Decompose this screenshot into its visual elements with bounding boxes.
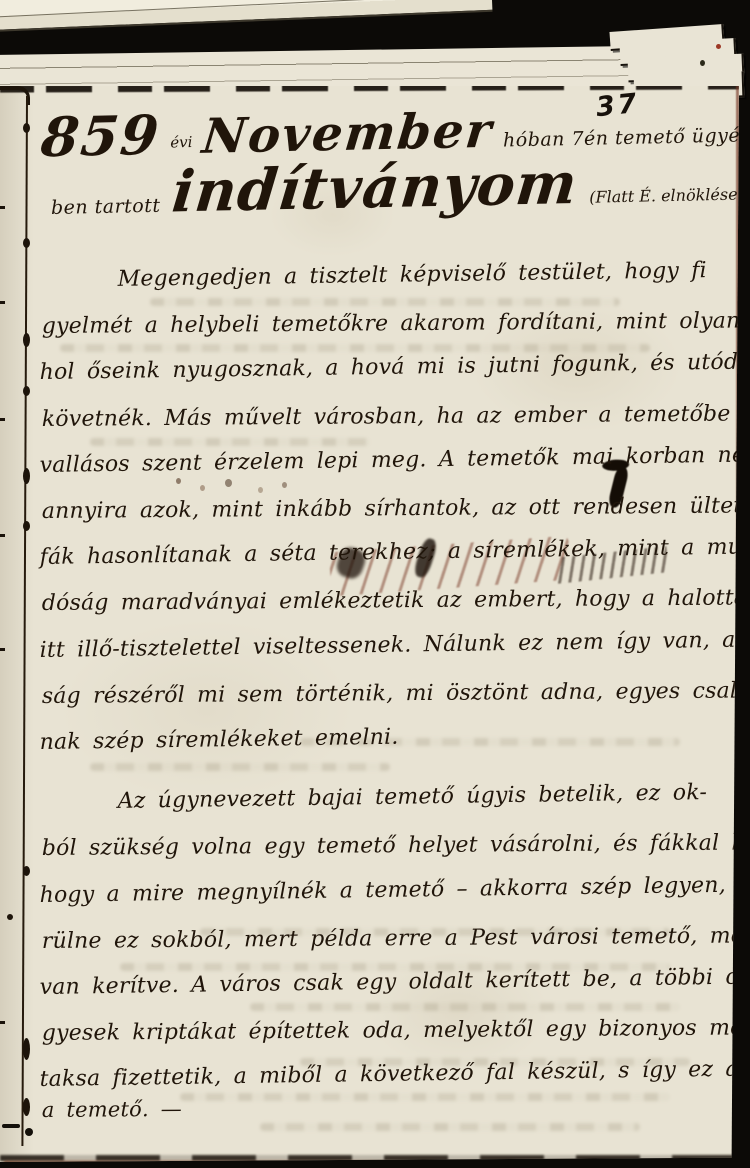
bottom-left-dash xyxy=(2,1124,20,1128)
ink-blob xyxy=(23,1038,30,1060)
manuscript-line: a temető. — xyxy=(42,1081,729,1133)
previous-page-edge xyxy=(0,0,492,32)
edge-mark xyxy=(0,206,5,209)
paragraph: Az úgynevezett bajai temető úgyis beteli… xyxy=(40,780,727,1133)
heading-year: 859 xyxy=(38,103,163,170)
manuscript-page: 37 859 évi November hóban 7én temető ügy… xyxy=(0,86,739,1162)
margin-rule-line xyxy=(21,96,28,1146)
manuscript-line: itt illő-tisztelettel viseltessenek. Nál… xyxy=(39,617,727,673)
ink-blob xyxy=(23,866,30,876)
manuscript-line: hogy a mire megnyílnék a temető – akkorr… xyxy=(39,862,727,918)
edge-mark xyxy=(0,301,5,304)
bottom-left-dot xyxy=(25,1128,33,1136)
manuscript-line: van kerítve. A város csak egy oldalt ker… xyxy=(39,955,727,1011)
manuscript-line: Megengedjen a tisztelt képviselő testüle… xyxy=(39,248,727,304)
page-bottom-edge xyxy=(4,1161,728,1165)
edge-mark xyxy=(0,1021,5,1024)
ink-blob xyxy=(23,333,30,347)
manuscript-line: fák hasonlítanak a séta terekhez; a síre… xyxy=(39,525,727,581)
ink-dot xyxy=(7,914,13,920)
edge-mark xyxy=(0,418,5,421)
page-right-edge xyxy=(736,86,739,1162)
ink-blob xyxy=(23,521,30,531)
paragraph: Megengedjen a tisztelt képviselő testüle… xyxy=(40,258,727,766)
ink-blob xyxy=(23,386,30,396)
red-speck xyxy=(716,44,721,49)
dark-speck xyxy=(700,60,705,66)
edge-mark xyxy=(0,648,5,651)
heading-year-suffix: évi xyxy=(170,133,193,151)
manuscript-body: Megengedjen a tisztelt képviselő testüle… xyxy=(40,258,727,1133)
heading-title-word: indítványom xyxy=(169,150,581,226)
ink-blob xyxy=(23,468,30,484)
manuscript-line: Az úgynevezett bajai temető úgyis beteli… xyxy=(39,770,727,826)
heading-line2-prefix: ben tartott xyxy=(51,195,161,219)
edge-mark xyxy=(0,534,5,537)
ink-blob xyxy=(23,123,30,133)
manuscript-line: vallásos szent érzelem lepi meg. A temet… xyxy=(39,433,727,489)
ink-blob xyxy=(23,1098,30,1116)
page-crease-line xyxy=(0,0,474,17)
manuscript-line: nak szép síremlékeket emelni. xyxy=(39,710,727,766)
manuscript-heading: 859 évi November hóban 7én temető ügyé- … xyxy=(41,91,728,228)
heading-line2-suffix: (Flatt É. elnöklése al. xyxy=(589,184,750,207)
manuscript-line: hol őseink nyugosznak, a hová mi is jutn… xyxy=(39,340,727,396)
ink-blob xyxy=(23,238,30,248)
